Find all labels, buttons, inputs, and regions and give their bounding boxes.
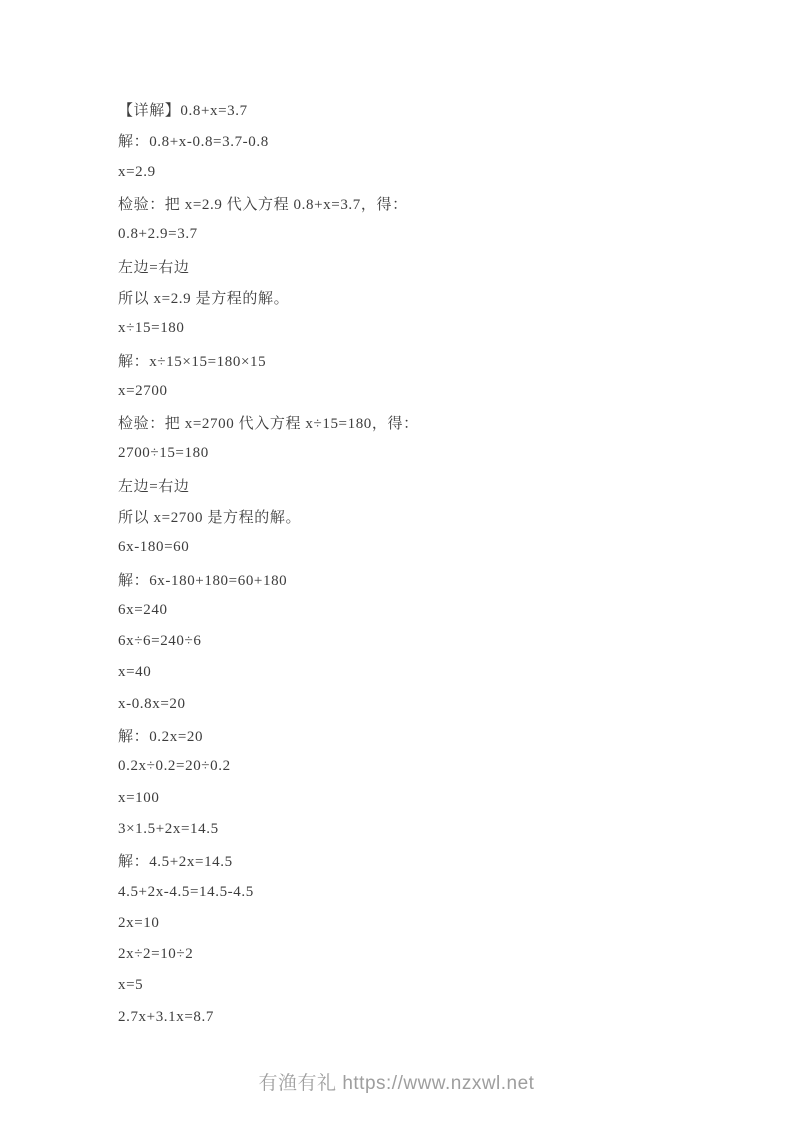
solution-line: 解：4.5+2x=14.5 [118, 845, 733, 876]
solution-line: 左边=右边 [118, 250, 733, 281]
solution-line: 0.2x÷0.2=20÷0.2 [118, 751, 733, 782]
solution-line: 检验：把 x=2.9 代入方程 0.8+x=3.7，得： [118, 188, 733, 219]
solution-line: 3×1.5+2x=14.5 [118, 814, 733, 845]
solution-line: 6x-180=60 [118, 532, 733, 563]
solution-line: 2.7x+3.1x=8.7 [118, 1002, 733, 1033]
solution-line: 所以 x=2.9 是方程的解。 [118, 282, 733, 313]
solution-line: 解：6x-180+180=60+180 [118, 563, 733, 594]
solution-line: 解：x÷15×15=180×15 [118, 344, 733, 375]
solution-line: x=100 [118, 783, 733, 814]
solution-line: 6x÷6=240÷6 [118, 626, 733, 657]
solution-line: 解：0.8+x-0.8=3.7-0.8 [118, 125, 733, 156]
solution-line: 【详解】0.8+x=3.7 [118, 94, 733, 125]
solution-line: 0.8+2.9=3.7 [118, 219, 733, 250]
solution-line: x=5 [118, 970, 733, 1001]
solution-line: x=40 [118, 657, 733, 688]
footer-watermark: 有渔有礼 https://www.nzxwl.net [259, 1073, 535, 1094]
solution-line: 6x=240 [118, 595, 733, 626]
solution-line: x=2.9 [118, 157, 733, 188]
solution-line: x=2700 [118, 376, 733, 407]
solution-line: 所以 x=2700 是方程的解。 [118, 501, 733, 532]
solution-text-block: 【详解】0.8+x=3.7解：0.8+x-0.8=3.7-0.8x=2.9检验：… [118, 94, 733, 1033]
solution-line: 检验：把 x=2700 代入方程 x÷15=180，得： [118, 407, 733, 438]
solution-line: 解：0.2x=20 [118, 720, 733, 751]
solution-line: x-0.8x=20 [118, 689, 733, 720]
page-footer: 有渔有礼 https://www.nzxwl.net [0, 1068, 793, 1095]
solution-line: 2700÷15=180 [118, 438, 733, 469]
solution-line: 2x=10 [118, 908, 733, 939]
solution-line: 左边=右边 [118, 470, 733, 501]
solution-line: x÷15=180 [118, 313, 733, 344]
solution-line: 2x÷2=10÷2 [118, 939, 733, 970]
solution-line: 4.5+2x-4.5=14.5-4.5 [118, 876, 733, 907]
document-page: 【详解】0.8+x=3.7解：0.8+x-0.8=3.7-0.8x=2.9检验：… [0, 0, 793, 1122]
